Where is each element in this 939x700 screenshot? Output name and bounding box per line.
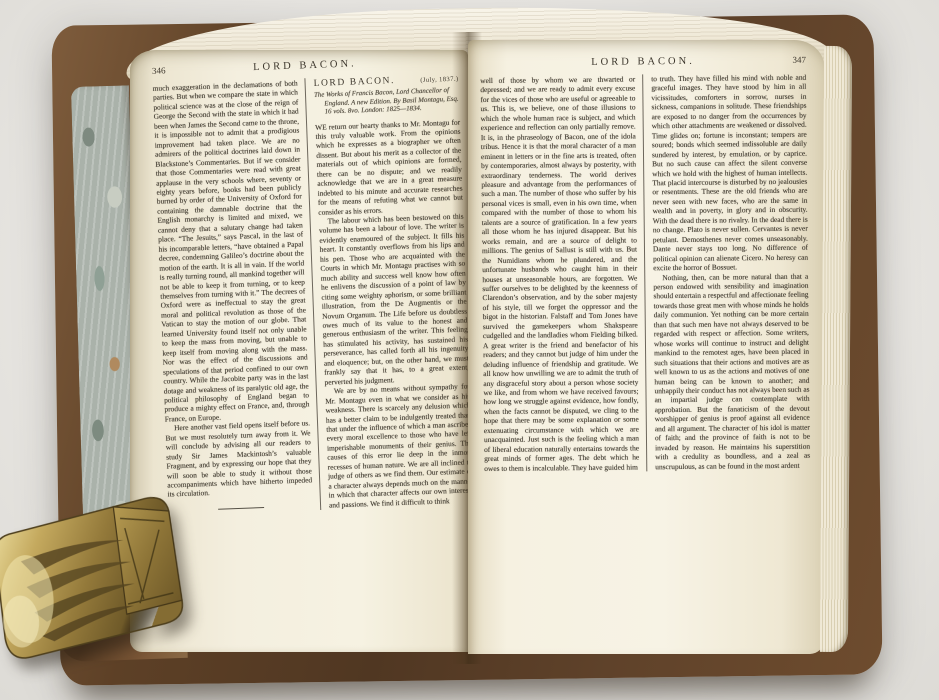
left-page-column-1: much exaggeration in the declamations of…	[153, 78, 321, 515]
right-page-edge-stack	[820, 46, 852, 652]
left-page-column-2: LORD BACON. (July, 1837.) The Works of F…	[304, 73, 468, 510]
paragraph: to truth. They have filled his mind with…	[651, 73, 808, 273]
paragraph: We are by no means without sympathy for …	[325, 382, 468, 510]
paragraph: much exaggeration in the declamations of…	[153, 79, 310, 424]
left-page-columns: much exaggeration in the declamations of…	[153, 73, 468, 516]
right-page-number: 347	[695, 55, 806, 66]
article-title: LORD BACON.	[313, 76, 395, 89]
book-photo: 346 LORD BACON. much exaggeration in the…	[0, 0, 939, 700]
paragraph: Nothing, then, can be more natural than …	[653, 271, 810, 471]
right-page-column-1: well of those by whom we are thwarted or…	[480, 74, 646, 473]
left-page-number: 346	[152, 62, 254, 76]
right-page-columns: well of those by whom we are thwarted or…	[480, 73, 810, 473]
right-running-title: LORD BACON.	[591, 56, 695, 68]
article-citation: The Works of Francis Bacon, Lord Chancel…	[314, 87, 460, 118]
paragraph: well of those by whom we are thwarted or…	[480, 74, 639, 473]
right-page-header: LORD BACON. 347	[480, 55, 806, 69]
paragraph: WE return our hearty thanks to Mr. Monta…	[315, 117, 463, 217]
left-page-content: 346 LORD BACON. much exaggeration in the…	[130, 50, 468, 516]
brass-clasp	[0, 479, 212, 671]
paragraph: The labour which has been bestowed on th…	[318, 212, 468, 387]
section-end-rule	[218, 507, 264, 510]
right-header-spacer	[480, 65, 591, 66]
brass-clasp-icon	[0, 479, 212, 671]
left-header-spacer	[357, 63, 458, 67]
left-running-title: LORD BACON.	[253, 58, 357, 73]
right-page-column-2: to truth. They have filled his mind with…	[642, 73, 810, 472]
right-page: LORD BACON. 347 well of those by whom we…	[468, 40, 824, 654]
right-page-content: LORD BACON. 347 well of those by whom we…	[468, 40, 824, 473]
